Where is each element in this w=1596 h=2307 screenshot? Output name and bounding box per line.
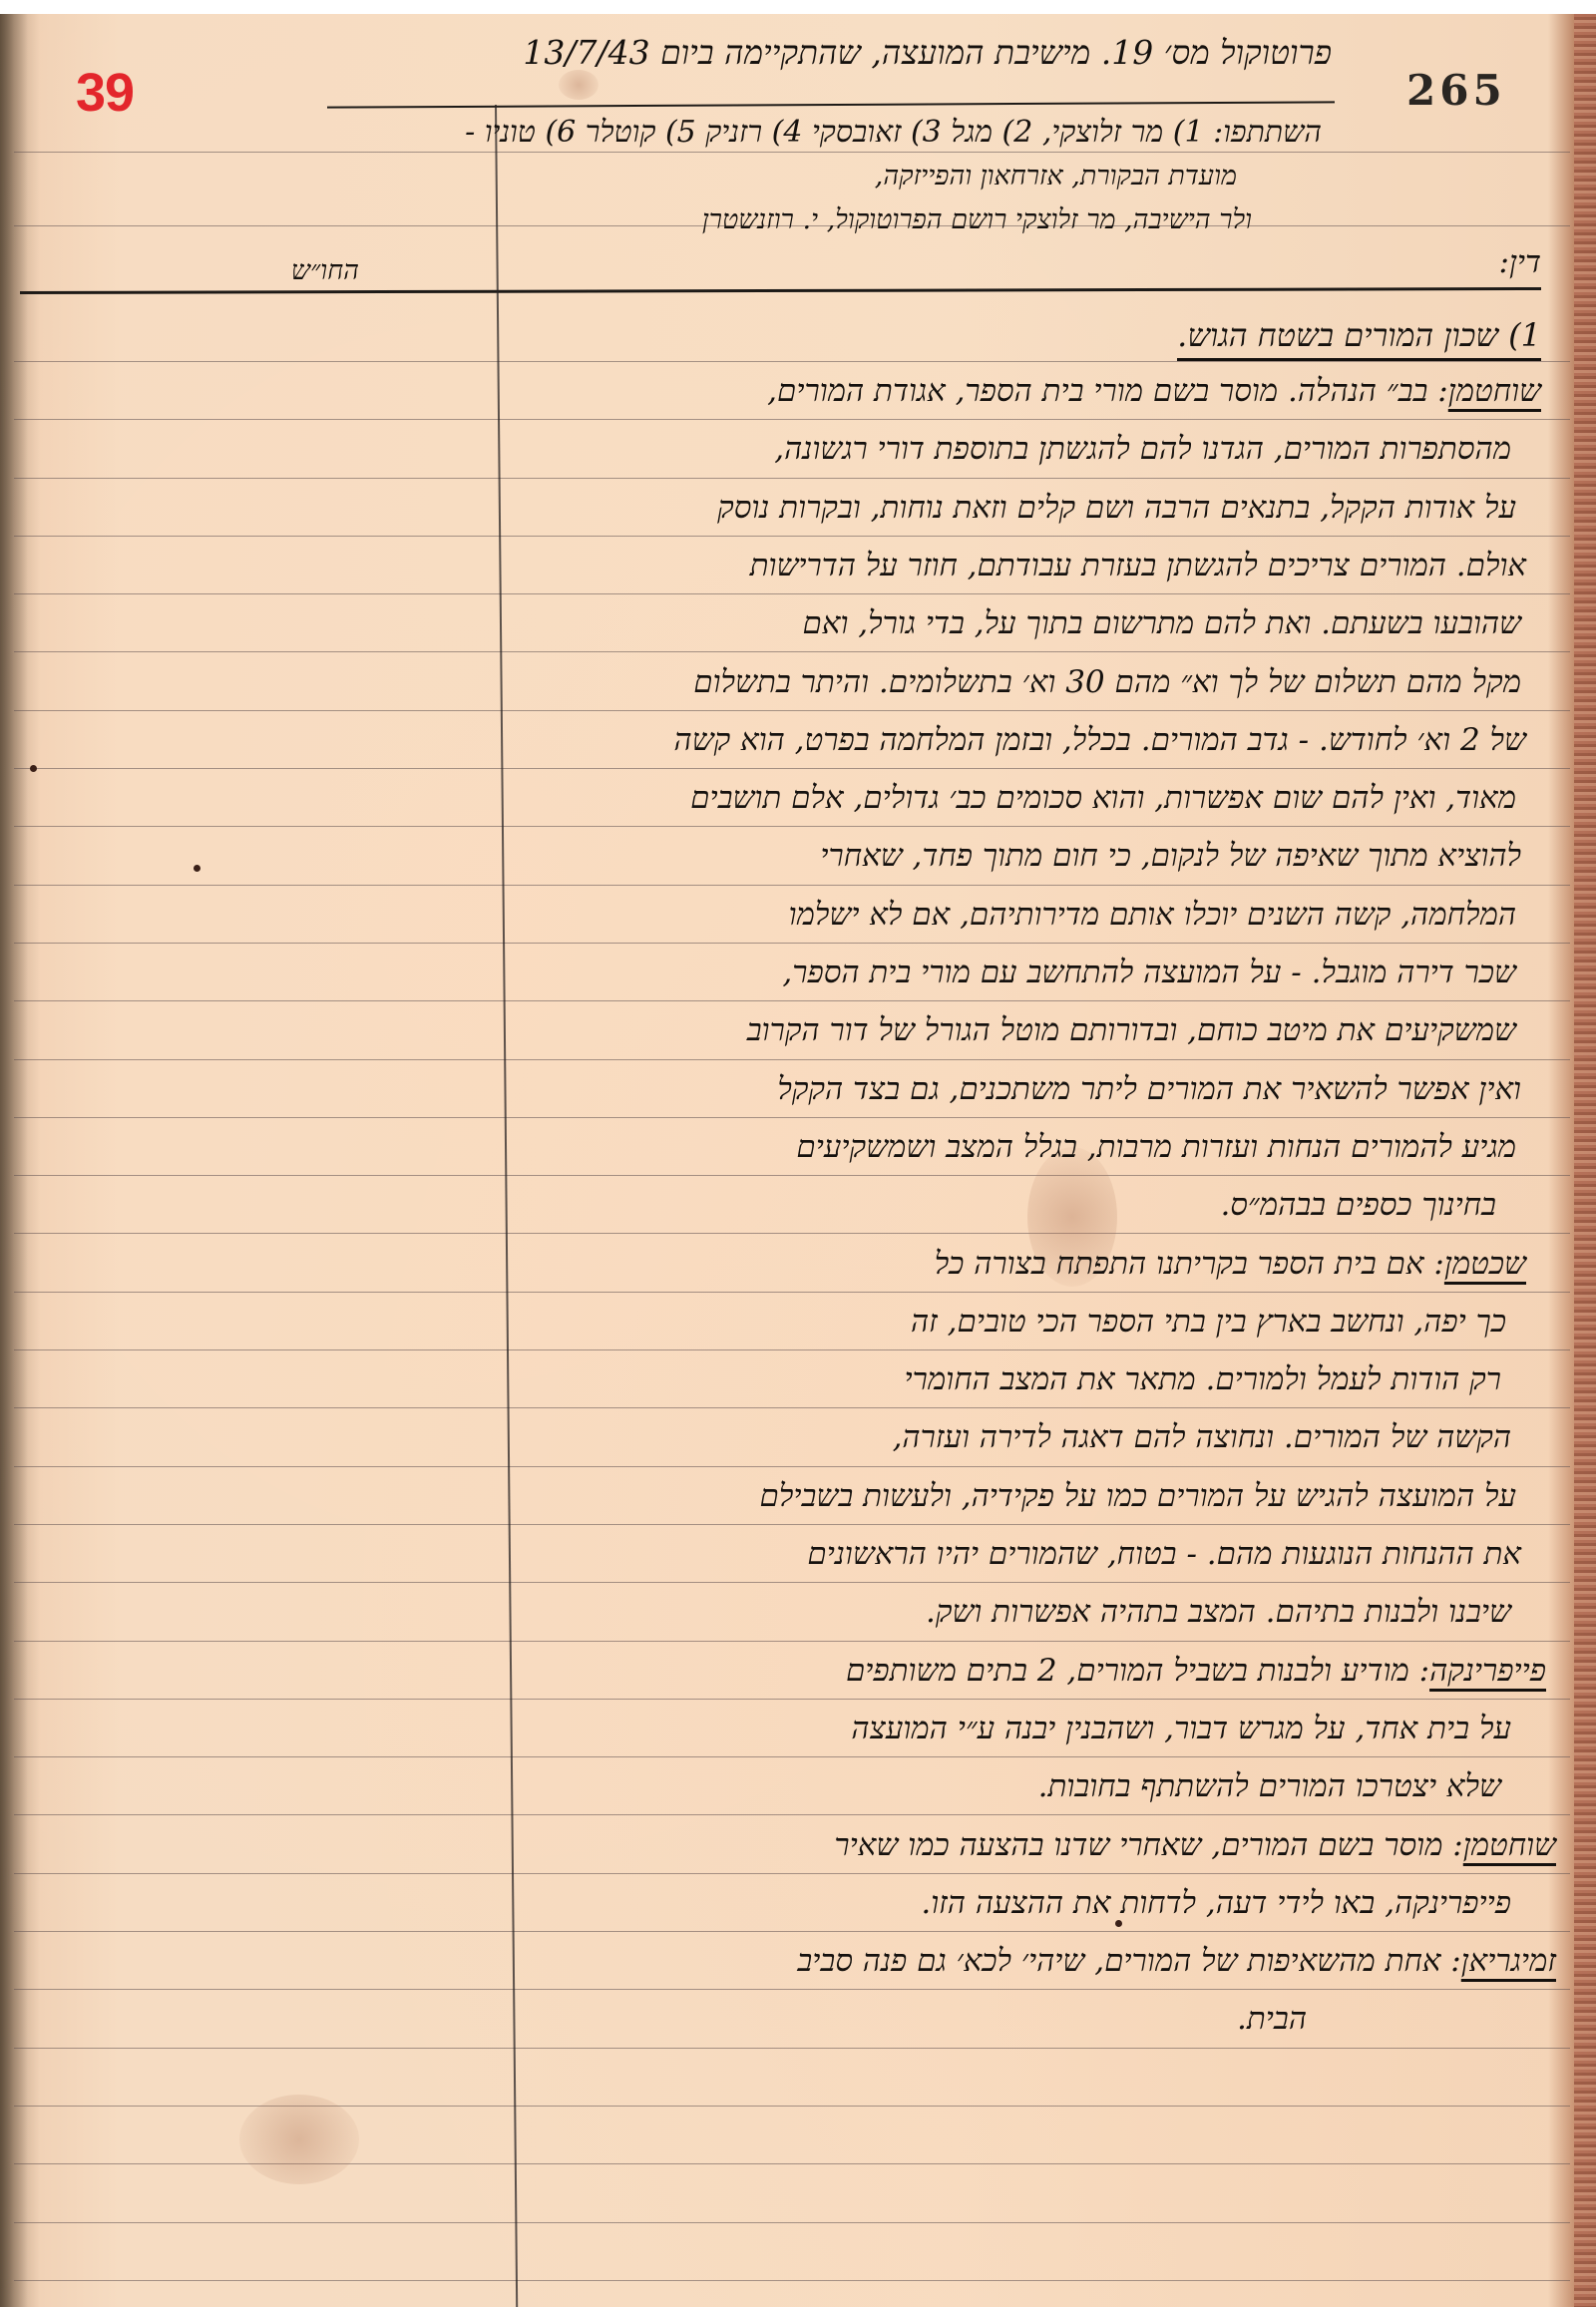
speaker-colon: : bbox=[1424, 1246, 1444, 1282]
page-edge bbox=[1574, 14, 1596, 2307]
protocol-line: שמשקיעים את מיטב כוחם, ובדורותם מוטל הגו… bbox=[747, 1015, 1516, 1046]
line-text: שמשקיעים את מיטב כוחם, ובדורותם מוטל הגו… bbox=[747, 1012, 1516, 1048]
paper-stain bbox=[559, 70, 598, 100]
ruled-line bbox=[14, 2048, 1570, 2049]
ruled-line bbox=[14, 885, 1570, 886]
line-text: המלחמה, קשה השנים יוכלו אותם מדירותיהם, … bbox=[789, 897, 1516, 933]
protocol-line: על בית אחד, על מגרש דבור, ושהבנין יבנה ע… bbox=[851, 1714, 1511, 1744]
line-text: על המועצה להגיש על המורים כמו על פקידיה,… bbox=[759, 1478, 1516, 1514]
ruled-line bbox=[14, 1407, 1570, 1408]
ruled-line bbox=[14, 1059, 1570, 1060]
protocol-line: הבית. bbox=[1237, 2004, 1307, 2035]
protocol-line: שיבנו ולבנות בתיהם. המצב בתהיה אפשרות וש… bbox=[926, 1597, 1511, 1628]
attendance-signature: החו״ש bbox=[291, 257, 359, 284]
protocol-line: להוציא מתוך שאיפה של לנקום, כי חום מתוך … bbox=[820, 841, 1521, 872]
protocol-line: כך יפה, ונחשב בארץ בין בתי הספר הכי טובי… bbox=[911, 1307, 1506, 1338]
ruled-line bbox=[14, 2106, 1570, 2107]
protocol-line: רק הודות לעמל ולמורים. מתאר את המצב החומ… bbox=[905, 1364, 1501, 1395]
ruled-line bbox=[14, 1117, 1570, 1118]
protocol-line: שהובעו בשעתם. ואת להם מתרשום בתוך על, בד… bbox=[803, 608, 1521, 639]
protocol-line: הקשה של המורים. ונחוצה להם דאגה לדירה וע… bbox=[893, 1422, 1511, 1453]
speaker-name: שוחטמן bbox=[1463, 1827, 1556, 1863]
ink-dot bbox=[30, 765, 37, 772]
attendance-line-3: ולר הישיבה, מר זלוצקי רושם הפרוטוקול, י.… bbox=[702, 206, 1252, 233]
line-text: רק הודות לעמל ולמורים. מתאר את המצב החומ… bbox=[905, 1361, 1501, 1397]
ruled-line bbox=[14, 1466, 1570, 1467]
ruled-line bbox=[14, 361, 1570, 362]
line-text: להוציא מתוך שאיפה של לנקום, כי חום מתוך … bbox=[820, 838, 1521, 874]
ruled-line bbox=[14, 1524, 1570, 1525]
ruled-line bbox=[14, 651, 1570, 652]
protocol-line: אולם. המורים צריכים להגשתן בעזרת עבודתם,… bbox=[750, 551, 1526, 581]
line-text: שלא יצטרכו המורים להשתתף בחובות. bbox=[1038, 1768, 1501, 1804]
protocol-line: מהסתפרות המורים, הגדנו להם להגשתן בתוספת… bbox=[774, 434, 1511, 465]
ruled-line bbox=[14, 1989, 1570, 1990]
protocol-line: פייפרינקה, באו לידי דעה, לדחות את ההצעה … bbox=[921, 1888, 1511, 1919]
page-number: 265 bbox=[1406, 66, 1506, 115]
speaker-colon: : bbox=[1427, 373, 1447, 409]
line-text: את ההנחות הנוגעות מהם. - בטוח, שהמורים י… bbox=[807, 1536, 1521, 1572]
protocol-line: שכטמן: אם בית הספר בקריתנו התפתח בצורה כ… bbox=[935, 1249, 1526, 1280]
protocol-line: על אודות הקקל, בתנאים הרבה ושם קלים וזאת… bbox=[717, 493, 1516, 524]
protocol-line: שוחטמן: מוסר בשם המורים, שאחרי שדנו בהצע… bbox=[834, 1830, 1556, 1861]
ruled-line bbox=[14, 1873, 1570, 1874]
ruled-line bbox=[14, 419, 1570, 420]
line-text: בחינוך כספים בבהמ״ס. bbox=[1220, 1187, 1496, 1223]
ruled-line bbox=[14, 826, 1570, 827]
ruled-line bbox=[14, 1349, 1570, 1350]
line-text: שהובעו בשעתם. ואת להם מתרשום בתוך על, בד… bbox=[803, 605, 1521, 641]
ruled-line bbox=[14, 1641, 1570, 1642]
ruled-line bbox=[14, 1699, 1570, 1700]
protocol-line: פייפרינקה: מודיע ולבנות בשביל המורים, 2 … bbox=[846, 1656, 1546, 1687]
paper-stain bbox=[239, 2095, 359, 2184]
ink-dot bbox=[194, 865, 200, 872]
speaker-colon: : bbox=[1409, 1653, 1429, 1689]
protocol-line: של 2 וא׳ לחודש. - גדב המורים. בכלל, ובזמ… bbox=[674, 725, 1526, 756]
line-text: מהסתפרות המורים, הגדנו להם להגשתן בתוספת… bbox=[774, 431, 1511, 467]
protocol-line: זמיגריאן: אחת מהשאיפות של המורים, שיהי׳ … bbox=[797, 1946, 1556, 1977]
agenda-label: דין: bbox=[1499, 247, 1541, 278]
speaker-name: זמיגריאן bbox=[1461, 1943, 1556, 1979]
speaker-name: פייפרינקה bbox=[1429, 1653, 1546, 1689]
line-text: הבית. bbox=[1237, 2001, 1307, 2037]
ruled-line bbox=[14, 1000, 1570, 1001]
protocol-title: פרוטוקול מס׳ 19. מישיבת המועצה, שהתקיימה… bbox=[523, 36, 1332, 69]
line-text: שכר דירה מוגבל. - על המועצה להתחשב עם מו… bbox=[782, 955, 1516, 990]
line-text: מודיע ולבנות בשביל המורים, 2 בתים משותפי… bbox=[846, 1653, 1409, 1689]
ruled-line bbox=[14, 1931, 1570, 1932]
protocol-line: מקל מהם תשלום של לך וא״ מהם 30 וא׳ בתשלו… bbox=[693, 667, 1521, 698]
ink-dot bbox=[1115, 1920, 1122, 1927]
ruled-line bbox=[14, 943, 1570, 944]
line-text: ואין אפשר להשאיר את המורים ליתר משתכנים,… bbox=[777, 1071, 1521, 1107]
line-text: על בית אחד, על מגרש דבור, ושהבנין יבנה ע… bbox=[851, 1711, 1511, 1746]
protocol-line: מגיע להמורים הנחות ועזרות מרבות, בגלל המ… bbox=[796, 1132, 1516, 1163]
archive-stamp-number: 39 bbox=[76, 62, 134, 124]
line-text: פייפרינקה, באו לידי דעה, לדחות את ההצעה … bbox=[921, 1885, 1511, 1921]
protocol-line: את ההנחות הנוגעות מהם. - בטוח, שהמורים י… bbox=[807, 1539, 1521, 1570]
protocol-line: על המועצה להגיש על המורים כמו על פקידיה,… bbox=[759, 1481, 1516, 1512]
ruled-line bbox=[14, 1756, 1570, 1757]
ruled-line bbox=[14, 768, 1570, 769]
line-text: אחת מהשאיפות של המורים, שיהי׳ לכא׳ גם פנ… bbox=[797, 1943, 1440, 1979]
agenda-item-text: 1) שכון המורים בשטח הגוש. bbox=[1177, 316, 1541, 361]
ruled-line bbox=[14, 1175, 1570, 1176]
protocol-line: שכר דירה מוגבל. - על המועצה להתחשב עם מו… bbox=[782, 958, 1516, 988]
ruled-line bbox=[14, 2163, 1570, 2164]
ruled-line bbox=[14, 2280, 1570, 2281]
speaker-name: שכטמן bbox=[1444, 1246, 1526, 1282]
line-text: אולם. המורים צריכים להגשתן בעזרת עבודתם,… bbox=[750, 548, 1526, 583]
ruled-line bbox=[14, 1814, 1570, 1815]
line-text: בב״ הנהלה. מוסר בשם מורי בית הספר, אגודת… bbox=[767, 373, 1427, 409]
line-text: על אודות הקקל, בתנאים הרבה ושם קלים וזאת… bbox=[717, 490, 1516, 526]
protocol-line: שוחטמן: בב״ הנהלה. מוסר בשם מורי בית הספ… bbox=[767, 376, 1541, 407]
ruled-line bbox=[14, 1233, 1570, 1234]
line-text: של 2 וא׳ לחודש. - גדב המורים. בכלל, ובזמ… bbox=[674, 722, 1526, 758]
binding-shadow bbox=[0, 14, 28, 2307]
line-text: שיבנו ולבנות בתיהם. המצב בתהיה אפשרות וש… bbox=[926, 1594, 1511, 1630]
attendance-line-2: מועדת הבקורת, אזרחאון והפייזקה, bbox=[875, 163, 1237, 190]
attendance-line-1: השתתפו: 1) מר זלוצקי, 2) מגל 3) זאובסקי … bbox=[465, 118, 1322, 148]
line-text: מוסר בשם המורים, שאחרי שדנו בהצעה כמו שא… bbox=[834, 1827, 1442, 1863]
protocol-line: מאוד, ואין להם שום אפשרות, והוא סכומים כ… bbox=[690, 783, 1516, 814]
ruled-line bbox=[14, 1582, 1570, 1583]
ruled-line bbox=[14, 2222, 1570, 2223]
ruled-line bbox=[14, 536, 1570, 537]
protocol-line: בחינוך כספים בבהמ״ס. bbox=[1220, 1190, 1496, 1221]
ruled-line bbox=[14, 710, 1570, 711]
line-text: מאוד, ואין להם שום אפשרות, והוא סכומים כ… bbox=[690, 780, 1516, 816]
line-text: כך יפה, ונחשב בארץ בין בתי הספר הכי טובי… bbox=[911, 1304, 1506, 1340]
protocol-line: ואין אפשר להשאיר את המורים ליתר משתכנים,… bbox=[777, 1074, 1521, 1105]
speaker-colon: : bbox=[1442, 1827, 1462, 1863]
protocol-line: המלחמה, קשה השנים יוכלו אותם מדירותיהם, … bbox=[789, 900, 1516, 931]
speaker-name: שוחטמן bbox=[1448, 373, 1541, 409]
line-text: מקל מהם תשלום של לך וא״ מהם 30 וא׳ בתשלו… bbox=[693, 664, 1521, 700]
ruled-line bbox=[14, 593, 1570, 594]
line-text: הקשה של המורים. ונחוצה להם דאגה לדירה וע… bbox=[893, 1419, 1511, 1455]
speaker-colon: : bbox=[1440, 1943, 1460, 1979]
line-text: אם בית הספר בקריתנו התפתח בצורה כל bbox=[935, 1246, 1424, 1282]
ruled-line bbox=[14, 152, 1570, 153]
protocol-line: שלא יצטרכו המורים להשתתף בחובות. bbox=[1038, 1771, 1501, 1802]
ruled-line bbox=[14, 478, 1570, 479]
ruled-line bbox=[14, 1292, 1570, 1293]
agenda-item: 1) שכון המורים בשטח הגוש. bbox=[1177, 319, 1541, 351]
line-text: מגיע להמורים הנחות ועזרות מרבות, בגלל המ… bbox=[796, 1129, 1516, 1165]
